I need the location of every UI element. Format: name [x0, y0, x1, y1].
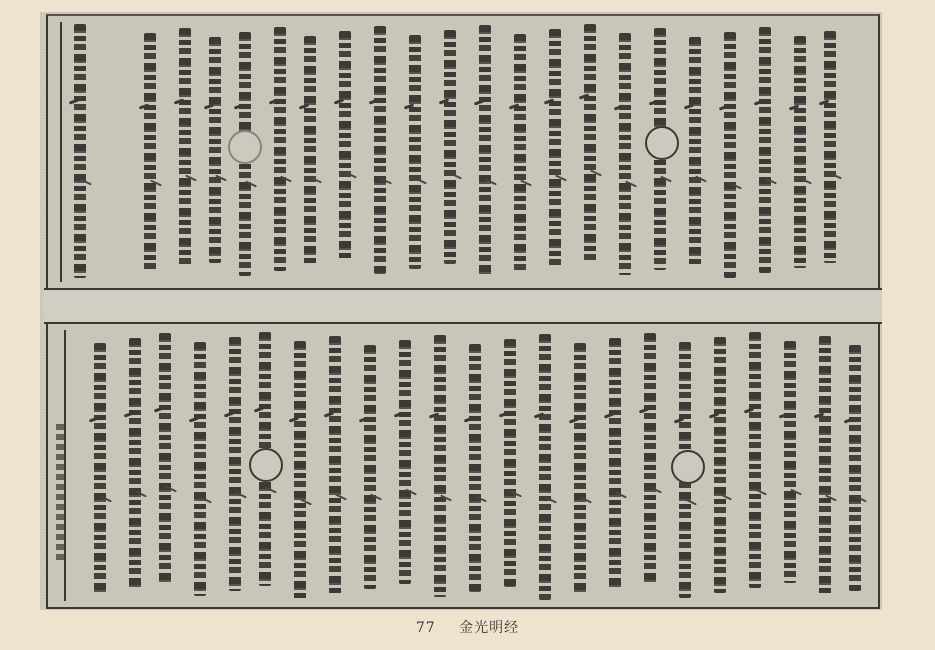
string-hole-circle [645, 126, 679, 160]
leaf-gap [44, 290, 882, 322]
script-column [274, 27, 286, 271]
script-column [159, 333, 171, 583]
script-column [479, 25, 491, 277]
marginal-note [56, 424, 66, 564]
script-column [294, 341, 306, 599]
script-column [794, 36, 806, 268]
figure-caption: 77 金光明经 [0, 617, 935, 637]
script-column [74, 24, 86, 278]
script-column [584, 24, 596, 262]
script-column [724, 32, 736, 278]
script-column [644, 333, 656, 585]
script-column [399, 340, 411, 584]
script-column [444, 30, 456, 264]
script-column [339, 31, 351, 261]
script-column [824, 31, 836, 263]
string-hole-circle [228, 130, 262, 164]
figure-number: 77 [416, 620, 436, 636]
script-column [609, 338, 621, 590]
script-column [209, 37, 221, 263]
script-column [364, 345, 376, 589]
script-column [504, 339, 516, 587]
script-column [409, 35, 421, 269]
script-column [749, 332, 761, 588]
script-column [714, 337, 726, 593]
script-column [759, 27, 771, 273]
script-column [329, 336, 341, 594]
script-column [374, 26, 386, 274]
script-column [129, 338, 141, 588]
script-column [689, 37, 701, 265]
script-column [619, 33, 631, 275]
script-column [304, 36, 316, 266]
script-column [784, 341, 796, 583]
script-column [434, 335, 446, 597]
script-column [94, 343, 106, 593]
manuscript-leaf-top [46, 14, 880, 290]
string-hole-circle [249, 448, 283, 482]
script-column [549, 29, 561, 267]
string-hole-circle [671, 450, 705, 484]
script-column [144, 33, 156, 273]
script-column [849, 345, 861, 591]
figure-title: 金光明经 [459, 620, 519, 636]
leaf-border-line [44, 288, 882, 290]
leaf-margin-line [60, 22, 62, 282]
script-column [194, 342, 206, 596]
script-column [179, 28, 191, 268]
script-column [539, 334, 551, 600]
script-column [514, 34, 526, 272]
script-column [229, 337, 241, 591]
script-column [469, 344, 481, 592]
script-column [819, 336, 831, 596]
script-column [574, 343, 586, 595]
